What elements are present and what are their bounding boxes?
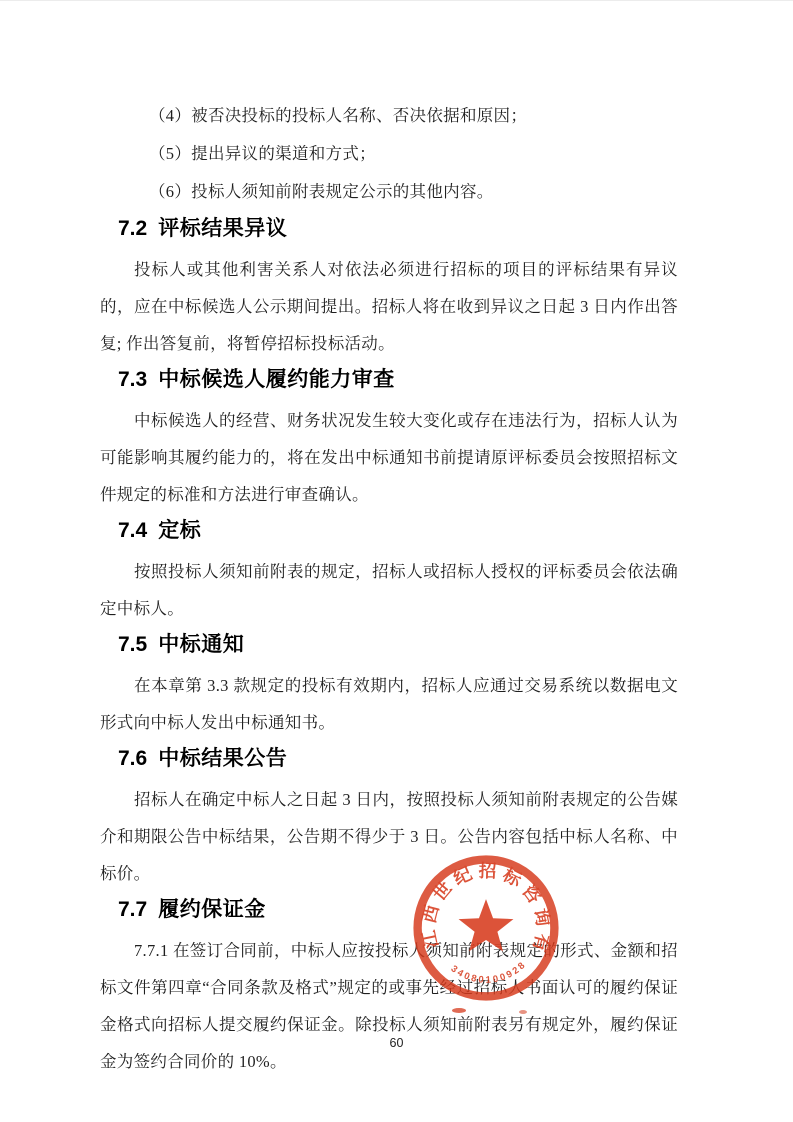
seal-ink-speck <box>452 1008 466 1013</box>
section-7-6: 7.6中标结果公告 招标人在确定中标人之日起 3 日内，按照投标人须知前附表规定… <box>100 745 678 892</box>
section-7-4: 7.4定标 按照投标人须知前附表的规定，招标人或招标人授权的评标委员会依法确定中… <box>100 517 678 627</box>
section-paragraph: 中标候选人的经营、财务状况发生较大变化或存在违法行为，招标人认为可能影响其履约能… <box>100 402 678 513</box>
section-title: 定标 <box>158 519 201 542</box>
list-item: （5）提出异议的渠道和方式； <box>100 135 678 173</box>
page-content: （4）被否决投标的投标人名称、否决依据和原因； （5）提出异议的渠道和方式； （… <box>100 97 678 1080</box>
section-title: 中标候选人履约能力审查 <box>158 368 395 391</box>
section-number: 7.2 <box>118 217 147 240</box>
document-page: （4）被否决投标的投标人名称、否决依据和原因； （5）提出异议的渠道和方式； （… <box>0 0 793 1122</box>
section-number: 7.7 <box>118 898 147 921</box>
section-heading: 7.7履约保证金 <box>118 896 678 924</box>
section-7-7: 7.7履约保证金 7.7.1 在签订合同前，中标人应按投标人须知前附表规定的形式… <box>100 896 678 1080</box>
section-number: 7.5 <box>118 633 147 656</box>
list-item: （6）投标人须知前附表规定公示的其他内容。 <box>100 173 678 211</box>
section-title: 中标结果公告 <box>158 747 287 770</box>
section-heading: 7.6中标结果公告 <box>118 745 678 773</box>
section-title: 中标通知 <box>158 633 244 656</box>
section-heading: 7.5中标通知 <box>118 631 678 659</box>
section-paragraph: 按照投标人须知前附表的规定，招标人或招标人授权的评标委员会依法确定中标人。 <box>100 553 678 627</box>
section-heading: 7.2评标结果异议 <box>118 215 678 243</box>
section-number: 7.4 <box>118 519 147 542</box>
section-paragraph: 7.7.1 在签订合同前，中标人应按投标人须知前附表规定的形式、金额和招标文件第… <box>100 932 678 1080</box>
section-paragraph: 在本章第 3.3 款规定的投标有效期内，招标人应通过交易系统以数据电文形式向中标… <box>100 667 678 741</box>
section-title: 履约保证金 <box>158 898 266 921</box>
section-number: 7.6 <box>118 747 147 770</box>
section-paragraph: 招标人在确定中标人之日起 3 日内，按照投标人须知前附表规定的公告媒介和期限公告… <box>100 781 678 892</box>
page-number: 60 <box>0 1036 793 1050</box>
section-7-5: 7.5中标通知 在本章第 3.3 款规定的投标有效期内，招标人应通过交易系统以数… <box>100 631 678 741</box>
section-7-3: 7.3中标候选人履约能力审查 中标候选人的经营、财务状况发生较大变化或存在违法行… <box>100 366 678 513</box>
section-heading: 7.4定标 <box>118 517 678 545</box>
section-heading: 7.3中标候选人履约能力审查 <box>118 366 678 394</box>
numbered-list: （4）被否决投标的投标人名称、否决依据和原因； （5）提出异议的渠道和方式； （… <box>100 97 678 211</box>
section-paragraph: 投标人或其他利害关系人对依法必须进行招标的项目的评标结果有异议的，应在中标候选人… <box>100 251 678 362</box>
section-7-2: 7.2评标结果异议 投标人或其他利害关系人对依法必须进行招标的项目的评标结果有异… <box>100 215 678 362</box>
list-item: （4）被否决投标的投标人名称、否决依据和原因； <box>100 97 678 135</box>
seal-ink-speck <box>519 1010 527 1014</box>
section-number: 7.3 <box>118 368 147 391</box>
section-title: 评标结果异议 <box>158 217 287 240</box>
